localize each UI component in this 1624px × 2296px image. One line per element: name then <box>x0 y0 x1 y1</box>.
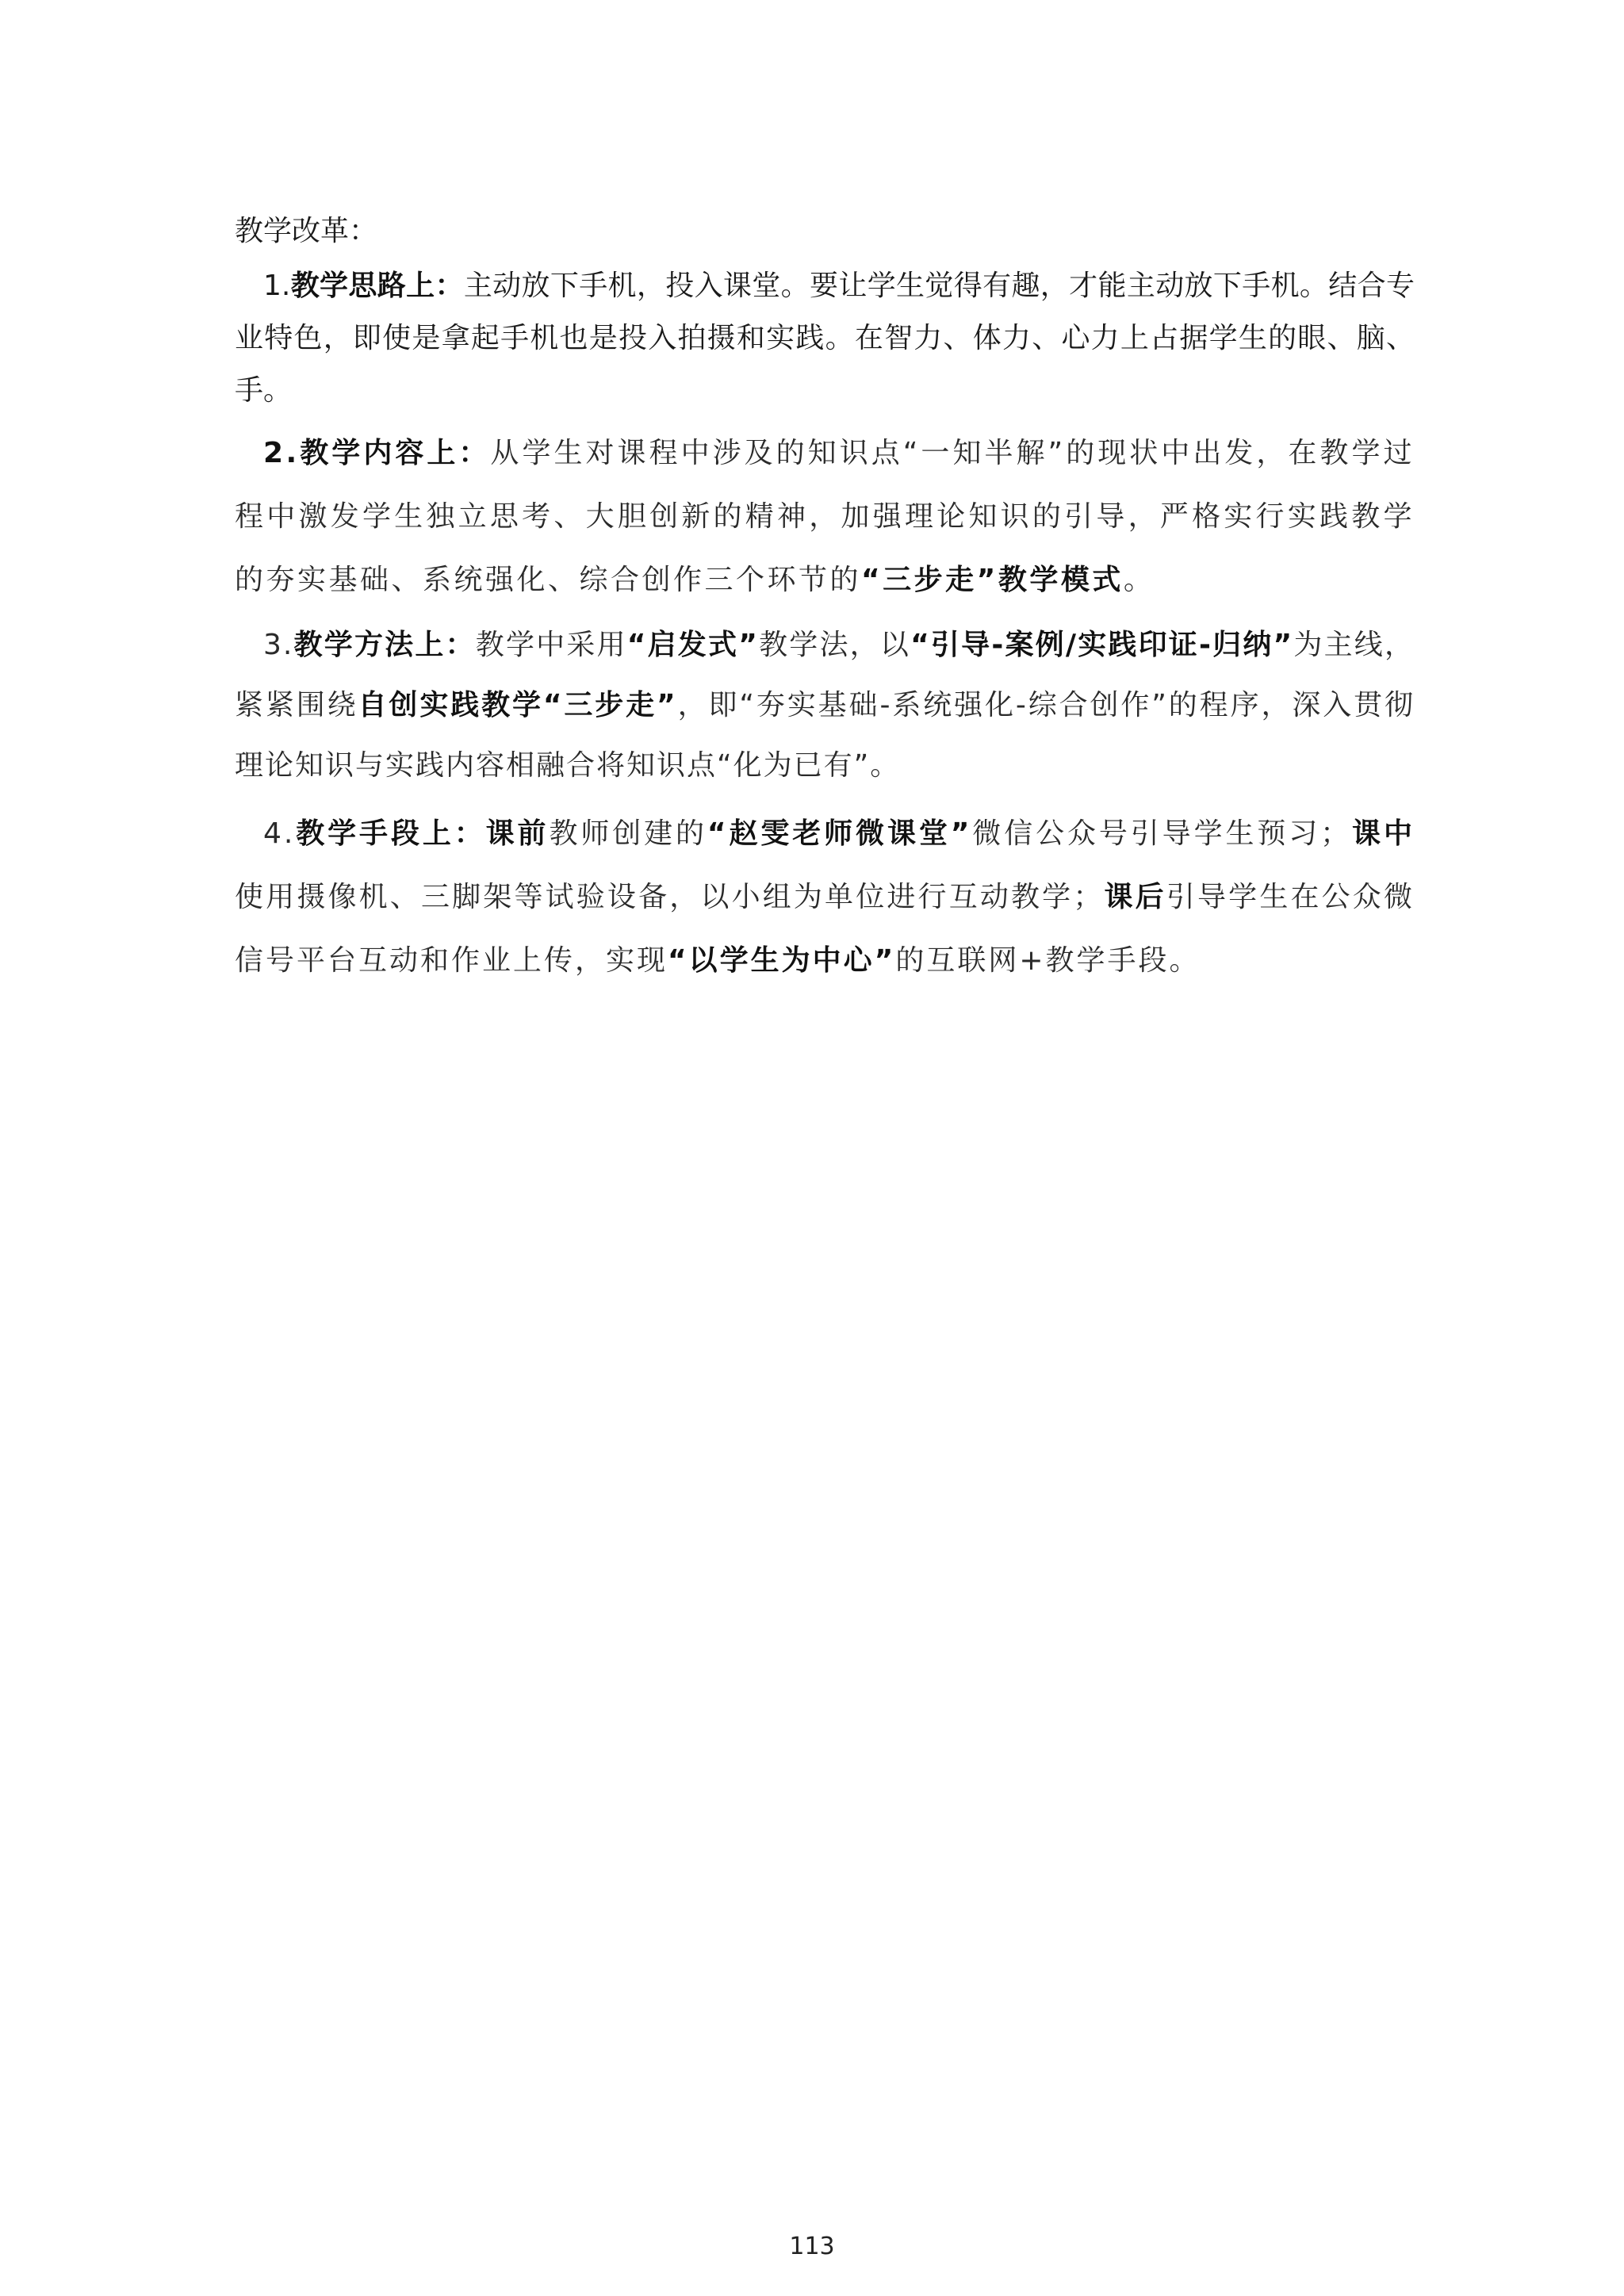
paragraph-label: 教学手段上： <box>295 817 485 850</box>
emphasis-practice-three-steps: 自创实践教学“三步走” <box>358 689 677 721</box>
emphasis-wechat-account: “赵雯老师微课堂” <box>707 817 971 850</box>
paragraph-text: 微信公众号引导学生预习； <box>971 817 1351 850</box>
page-number: 113 <box>0 2233 1624 2260</box>
document-page: 教学改革： 1.教学思路上：主动放下手机，投入课堂。要让学生觉得有趣，才能主动放… <box>0 0 1624 2296</box>
paragraph-text: 。 <box>1124 564 1155 596</box>
emphasis-after-class: 课后 <box>1104 881 1166 913</box>
emphasis-three-step-model: “三步走”教学模式 <box>861 564 1124 596</box>
paragraph-label: 教学方法上： <box>293 629 475 661</box>
emphasis-before-class: 课前 <box>486 817 550 850</box>
paragraph-number: 3. <box>263 629 293 661</box>
paragraph-label: 教学思路上： <box>290 270 463 302</box>
emphasis-heuristic: “启发式” <box>627 629 759 661</box>
paragraph-text: 教学法，以 <box>759 629 910 661</box>
page-content: 教学改革： 1.教学思路上：主动放下手机，投入课堂。要让学生觉得有趣，才能主动放… <box>235 212 1415 993</box>
paragraph-text: 的互联网+教学手段。 <box>895 944 1200 977</box>
paragraph-text: 教师创建的 <box>549 817 707 850</box>
paragraph-label: 教学内容上： <box>300 437 491 469</box>
paragraph-number: 2. <box>263 437 300 469</box>
emphasis-student-centered: “以学生为中心” <box>668 944 895 977</box>
emphasis-during-class: 课中 <box>1351 817 1415 850</box>
section-title: 教学改革： <box>235 212 1415 257</box>
paragraph-number: 4. <box>263 817 295 850</box>
paragraph-number: 1. <box>263 270 290 302</box>
paragraph-teaching-means: 4.教学手段上：课前教师创建的“赵雯老师微课堂”微信公众号引导学生预习；课中使用… <box>235 802 1415 993</box>
emphasis-main-line: “引导-案例/实践印证-归纳” <box>910 629 1293 661</box>
paragraph-teaching-approach: 1.教学思路上：主动放下手机，投入课堂。要让学生觉得有趣，才能主动放下手机。结合… <box>235 260 1415 417</box>
paragraph-teaching-content: 2.教学内容上：从学生对课程中涉及的知识点“一知半解”的现状中出发，在教学过程中… <box>235 422 1415 612</box>
paragraph-teaching-method: 3.教学方法上：教学中采用“启发式”教学法，以“引导-案例/实践印证-归纳”为主… <box>235 615 1415 796</box>
paragraph-text: 教学中采用 <box>476 629 627 661</box>
paragraph-text: 使用摄像机、三脚架等试验设备，以小组为单位进行互动教学； <box>235 881 1104 913</box>
